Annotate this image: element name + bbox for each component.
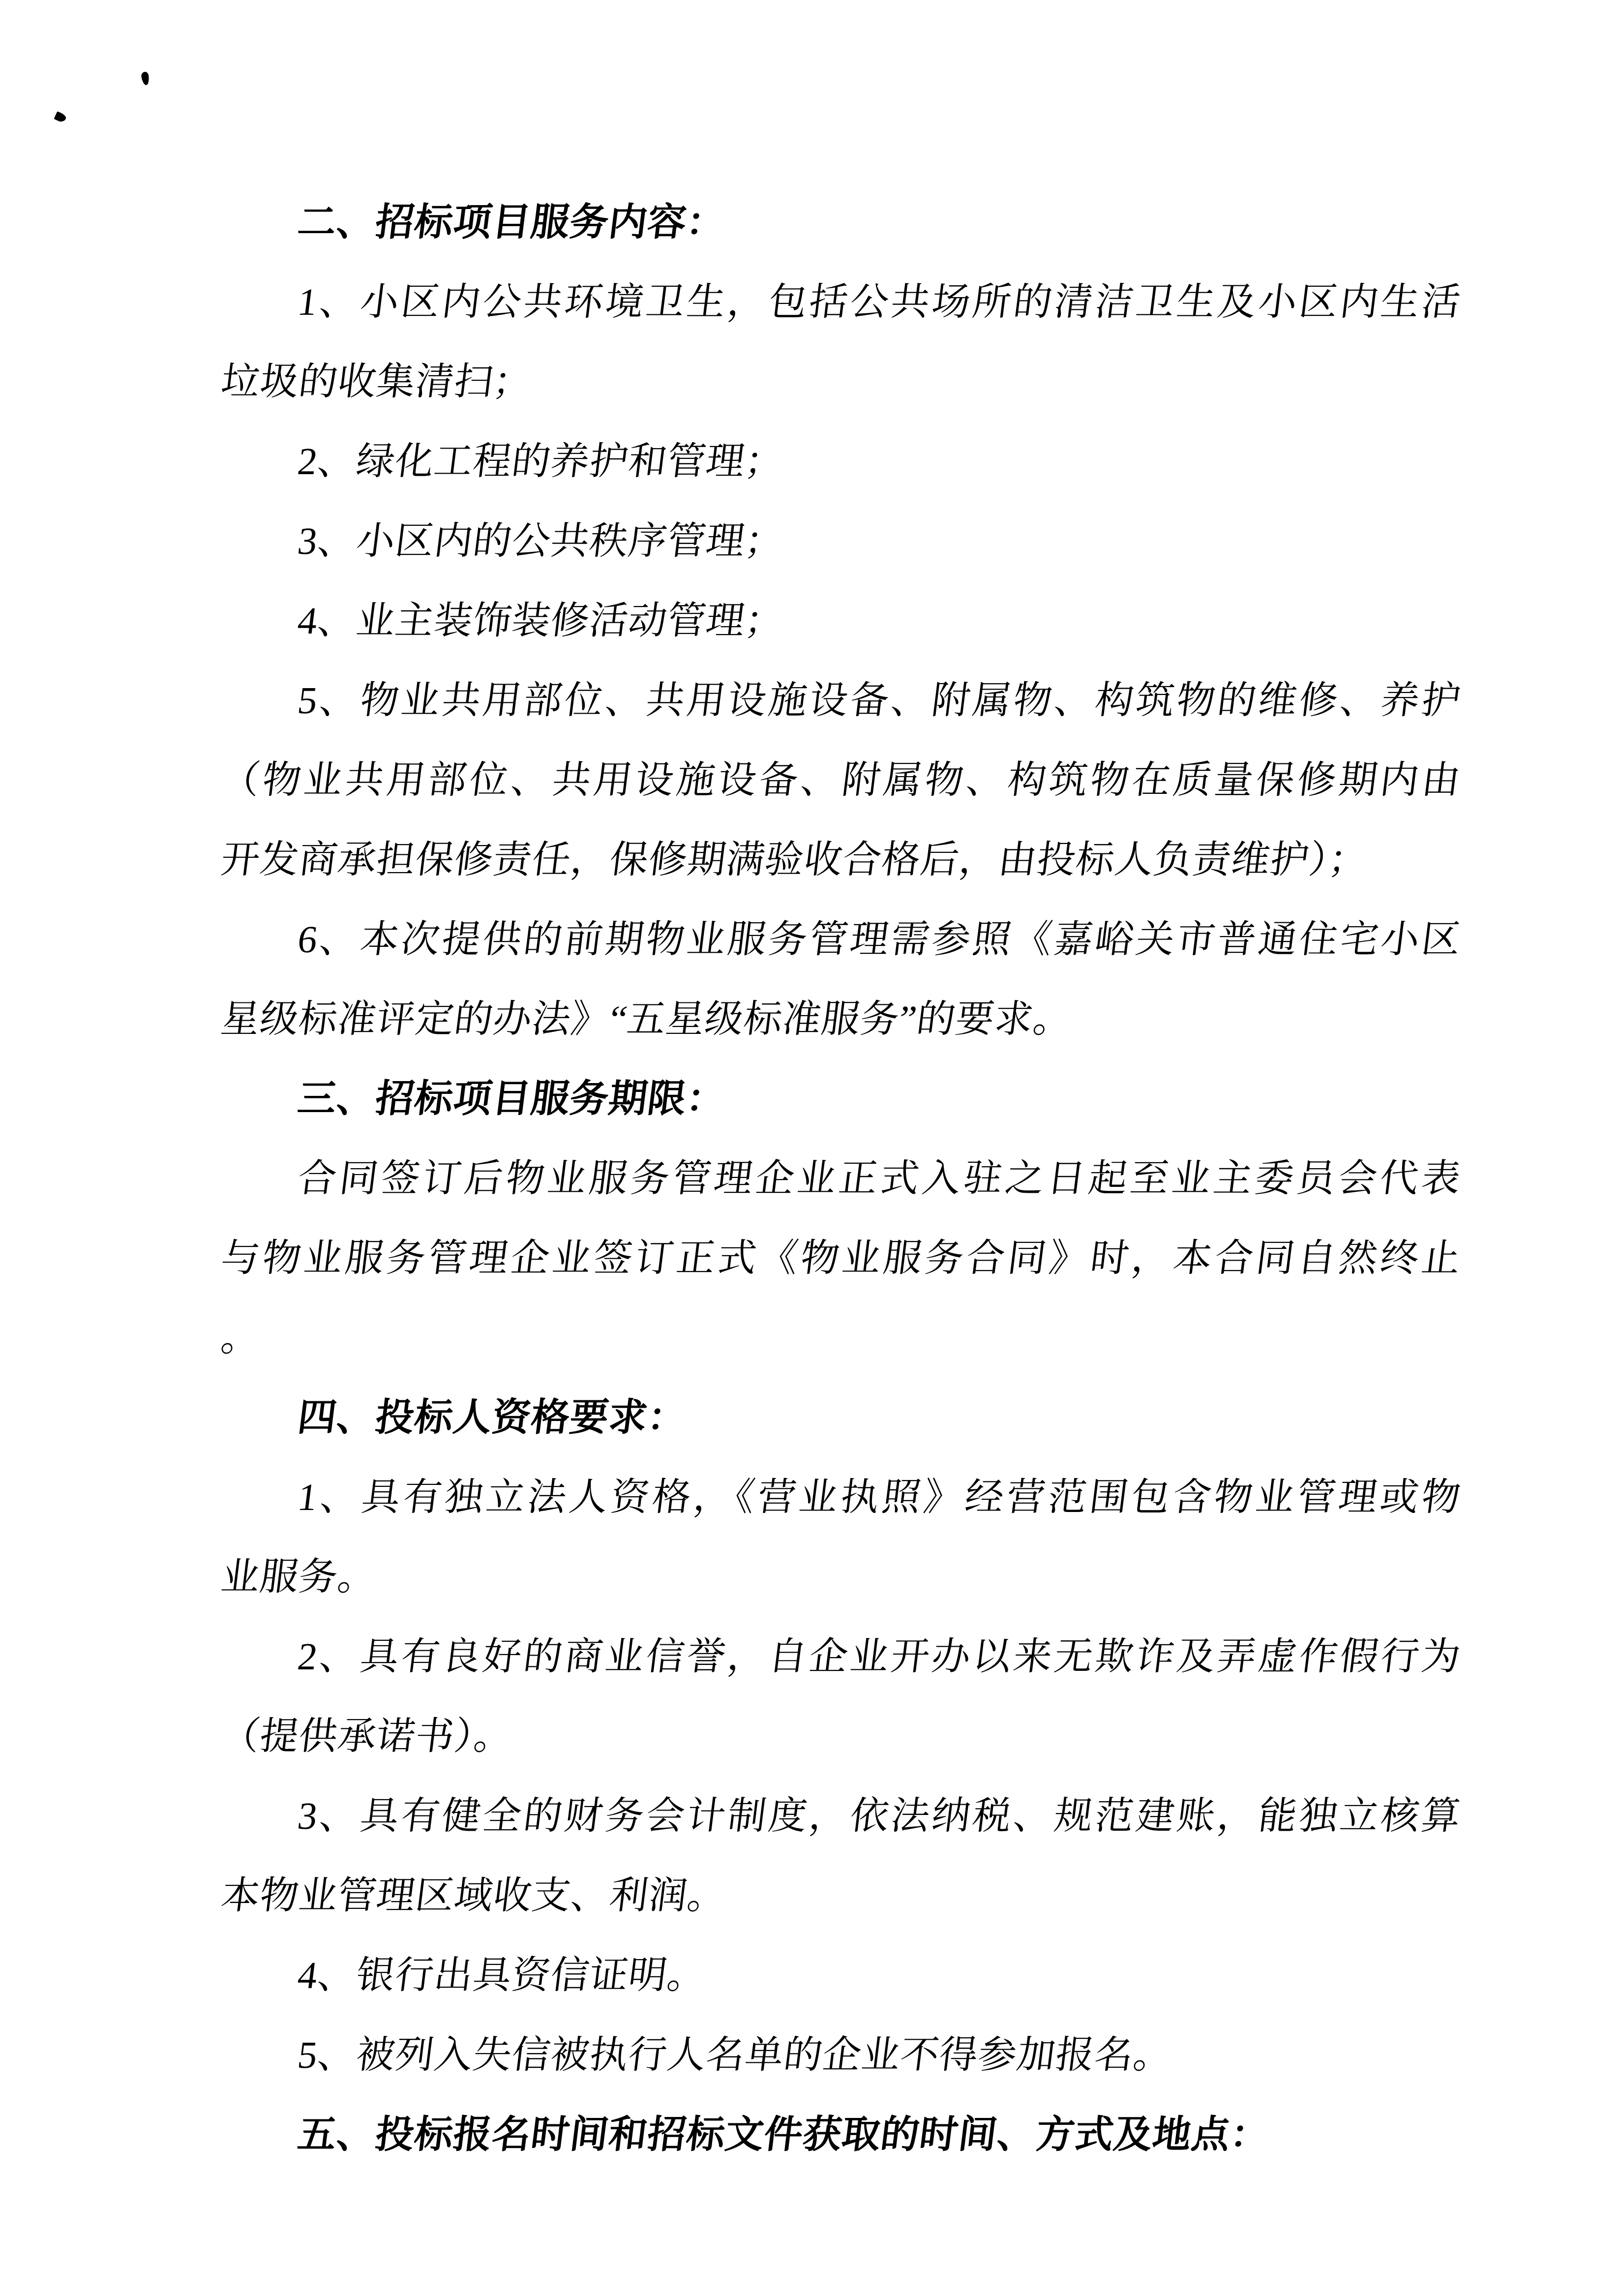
text-line: 3、具有健全的财务会计制度，依法纳税、规范建账，能独立核算 — [216, 1776, 1466, 1856]
text-line: （提供承诺书）。 — [216, 1696, 1466, 1776]
text-line: 5、被列入失信被执行人名单的企业不得参加报名。 — [216, 2015, 1466, 2095]
section-heading-line: 三、招标项目服务期限： — [216, 1059, 1466, 1139]
text-line: 5、物业共用部位、共用设施设备、附属物、构筑物的维修、养护 — [216, 661, 1466, 740]
section-heading-line: 四、投标人资格要求： — [216, 1378, 1466, 1457]
text-line: 星级标准评定的办法》“五星级标准服务”的要求。 — [216, 979, 1466, 1059]
scanned-document-page: 二、招标项目服务内容：1、小区内公共环境卫生，包括公共场所的清洁卫生及小区内生活… — [0, 0, 1620, 2296]
text-line: 业服务。 — [216, 1537, 1466, 1617]
text-line: 4、业主装饰装修活动管理； — [216, 581, 1466, 661]
text-line: 合同签订后物业服务管理企业正式入驻之日起至业主委员会代表 — [216, 1139, 1466, 1218]
text-line: （物业共用部位、共用设施设备、附属物、构筑物在质量保修期内由 — [216, 740, 1466, 820]
text-line: 2、绿化工程的养护和管理； — [216, 422, 1466, 501]
text-line: 3、小区内的公共秩序管理； — [216, 501, 1466, 581]
text-line: 开发商承担保修责任，保修期满验收合格后，由投标人负责维护）； — [216, 820, 1466, 900]
document-text-block: 二、招标项目服务内容：1、小区内公共环境卫生，包括公共场所的清洁卫生及小区内生活… — [216, 182, 1456, 2175]
text-line: 1、小区内公共环境卫生，包括公共场所的清洁卫生及小区内生活 — [216, 262, 1466, 342]
text-line: 垃圾的收集清扫； — [216, 342, 1466, 422]
section-heading-line: 二、招标项目服务内容： — [216, 182, 1466, 262]
text-line: 1、具有独立法人资格，《营业执照》经营范围包含物业管理或物 — [216, 1457, 1466, 1537]
text-line: 6、本次提供的前期物业服务管理需参照《嘉峪关市普通住宅小区 — [216, 900, 1466, 979]
ink-speck-icon — [54, 111, 67, 123]
text-line: 4、银行出具资信证明。 — [216, 1935, 1466, 2015]
text-line: 2、具有良好的商业信誉，自企业开办以来无欺诈及弄虚作假行为 — [216, 1617, 1466, 1696]
section-heading-line: 五、投标报名时间和招标文件获取的时间、方式及地点： — [216, 2095, 1466, 2175]
text-line: 与物业服务管理企业签订正式《物业服务合同》时，本合同自然终止 — [216, 1218, 1466, 1298]
text-line: 本物业管理区域收支、利润。 — [216, 1856, 1466, 1935]
ink-speck-icon — [141, 71, 150, 86]
text-line: 。 — [216, 1298, 1466, 1378]
